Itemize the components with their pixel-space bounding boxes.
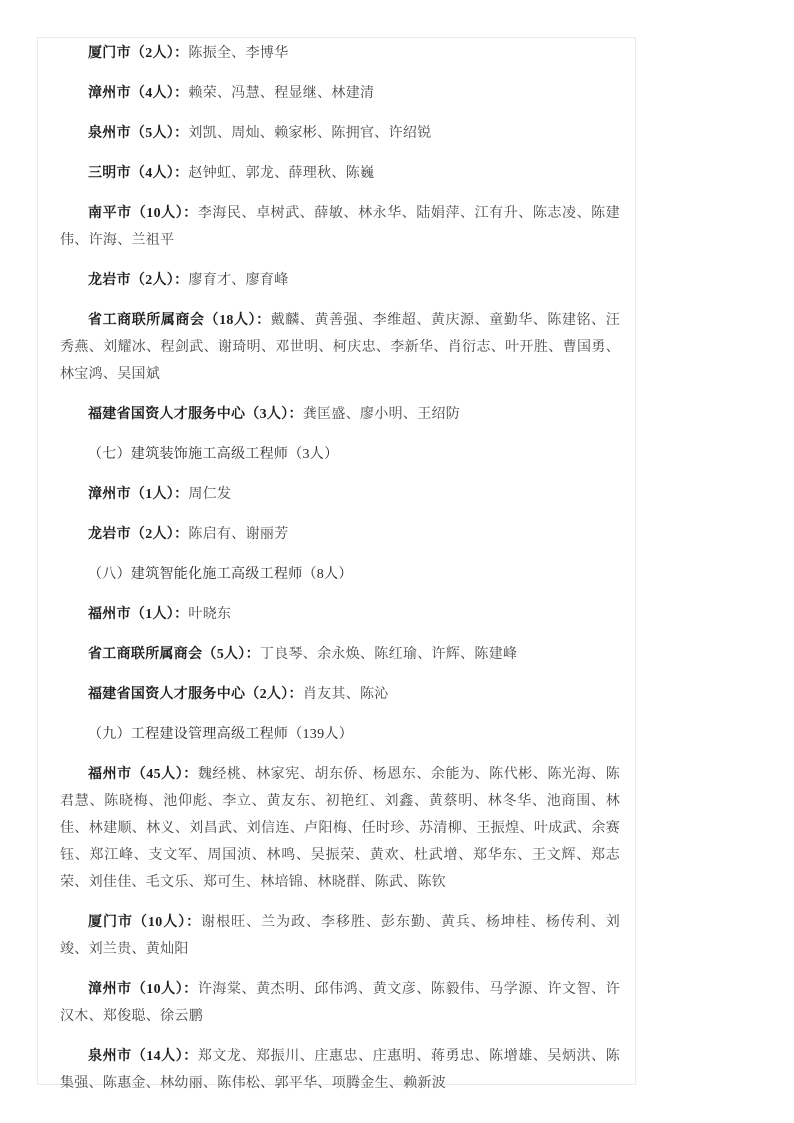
entry-names: 陈振全、李博华 [188,46,288,61]
document-paragraph: 龙岩市（2人）：陈启有、谢丽芳 [60,521,620,548]
entry-label: 厦门市（2人）： [88,46,188,61]
entry-label: 省工商联所属商会（5人）： [88,647,260,662]
document-page: 厦门市（2人）：陈振全、李博华 漳州市（4人）：赖荣、冯慧、程显继、林建清 泉州… [0,0,794,1123]
entry-names: 魏经桃、林家宪、胡东侨、杨恩东、余能为、陈代彬、陈光海、陈君慧、陈晓梅、池仰彪、… [60,767,620,890]
document-paragraph: 南平市（10人）：李海民、卓树武、薛敏、林永华、陆娟萍、江有升、陈志凌、陈建伟、… [60,200,620,254]
entry-label: （八）建筑智能化施工高级工程师（8人） [88,567,353,582]
document-paragraph: 省工商联所属商会（18人）：戴麟、黄善强、李维超、黄庆源、童勤华、陈建铭、汪秀燕… [60,307,620,388]
entry-label: 南平市（10人）： [88,206,198,221]
entry-names: 叶晓东 [188,607,231,622]
document-paragraph: 福州市（45人）：魏经桃、林家宪、胡东侨、杨恩东、余能为、陈代彬、陈光海、陈君慧… [60,761,620,896]
entry-names: 赖荣、冯慧、程显继、林建清 [188,86,374,101]
document-paragraph: 泉州市（14人）：郑文龙、郑振川、庄惠忠、庄惠明、蒋勇忠、陈增雄、吴炳洪、陈集强… [60,1043,620,1097]
entry-label: 福建省国资人才服务中心（3人）： [88,407,303,422]
document-paragraph: 福州市（1人）：叶晓东 [60,601,620,628]
document-paragraph: 龙岩市（2人）：廖育才、廖育峰 [60,267,620,294]
entry-label: 漳州市（1人）： [88,487,188,502]
entry-names: 赵钟虹、郭龙、薛理秋、陈巍 [188,166,374,181]
entry-label: （九）工程建设管理高级工程师（139人） [88,727,353,742]
entry-names: 刘凯、周灿、赖家彬、陈拥官、许绍锐 [188,126,431,141]
entry-label: （七）建筑装饰施工高级工程师（3人） [88,447,338,462]
entry-names: 陈启有、谢丽芳 [188,527,288,542]
entry-label: 泉州市（5人）： [88,126,188,141]
entry-label: 漳州市（4人）： [88,86,188,101]
document-paragraph: 福建省国资人才服务中心（2人）：肖友其、陈沁 [60,681,620,708]
document-paragraph: 泉州市（5人）：刘凯、周灿、赖家彬、陈拥官、许绍锐 [60,120,620,147]
entry-names: 周仁发 [188,487,231,502]
entry-label: 厦门市（10人）： [88,915,201,930]
document-paragraph: 漳州市（4人）：赖荣、冯慧、程显继、林建清 [60,80,620,107]
document-content: 厦门市（2人）：陈振全、李博华 漳州市（4人）：赖荣、冯慧、程显继、林建清 泉州… [60,40,620,1110]
document-paragraph: 福建省国资人才服务中心（3人）：龚匡盛、廖小明、王绍防 [60,401,620,428]
entry-label: 福州市（1人）： [88,607,188,622]
entry-names: 丁良琴、余永焕、陈红瑜、许辉、陈建峰 [260,647,517,662]
document-paragraph: 省工商联所属商会（5人）：丁良琴、余永焕、陈红瑜、许辉、陈建峰 [60,641,620,668]
entry-label: 漳州市（10人）： [88,982,198,997]
entry-label: 福建省国资人才服务中心（2人）： [88,687,303,702]
document-paragraph: （九）工程建设管理高级工程师（139人） [60,721,620,748]
document-paragraph: 厦门市（2人）：陈振全、李博华 [60,40,620,67]
document-paragraph: （七）建筑装饰施工高级工程师（3人） [60,441,620,468]
document-paragraph: （八）建筑智能化施工高级工程师（8人） [60,561,620,588]
entry-names: 肖友其、陈沁 [303,687,389,702]
entry-label: 福州市（45人）： [88,767,198,782]
entry-label: 三明市（4人）： [88,166,188,181]
entry-label: 泉州市（14人）： [88,1049,198,1064]
document-paragraph: 漳州市（10人）：许海棠、黄杰明、邱伟鸿、黄文彦、陈毅伟、马学源、许文智、许汉木… [60,976,620,1030]
document-paragraph: 厦门市（10人）：谢根旺、兰为政、李移胜、彭东勤、黄兵、杨坤桂、杨传利、刘竣、刘… [60,909,620,963]
entry-label: 龙岩市（2人）： [88,273,188,288]
document-paragraph: 漳州市（1人）：周仁发 [60,481,620,508]
entry-label: 省工商联所属商会（18人）： [88,313,271,328]
entry-label: 龙岩市（2人）： [88,527,188,542]
document-paragraph: 三明市（4人）：赵钟虹、郭龙、薛理秋、陈巍 [60,160,620,187]
entry-names: 廖育才、廖育峰 [188,273,288,288]
entry-names: 龚匡盛、廖小明、王绍防 [303,407,460,422]
